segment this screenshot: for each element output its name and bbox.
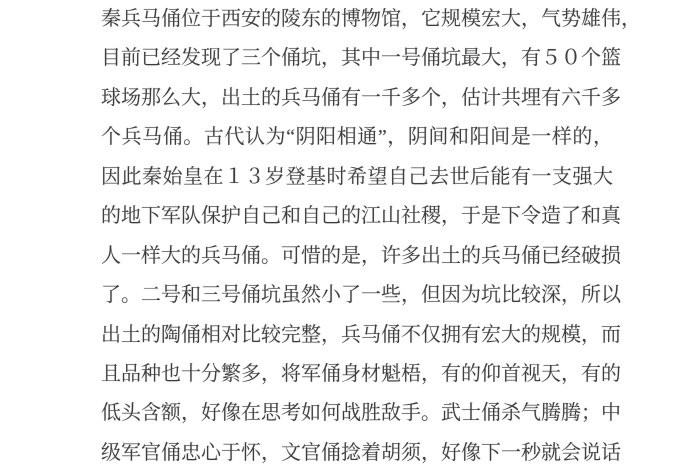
text-line: 级军官俑忠心于怀，文官俑捻着胡须，好像下一秒就会说话 (101, 434, 613, 470)
paragraph-text-block: 秦兵马俑位于西安的陵东的博物馆，它规模宏大，气势雄伟， 目前已经发现了三个俑坑，… (101, 0, 613, 470)
text-line: 了。二号和三号俑坑虽然小了一些，但因为坑比较深，所以 (101, 276, 613, 315)
text-line: 球场那么大，出土的兵马俑有一千多个，估计共埋有六千多 (101, 79, 613, 118)
text-line: 秦兵马俑位于西安的陵东的博物馆，它规模宏大，气势雄伟， (101, 0, 613, 39)
text-line: 出土的陶俑相对比较完整，兵马俑不仅拥有宏大的规模，而 (101, 316, 613, 355)
text-line: 的地下军队保护自己和自己的江山社稷，于是下令造了和真 (101, 197, 613, 236)
text-line: 人一样大的兵马俑。可惜的是，许多出土的兵马俑已经破损 (101, 237, 613, 276)
text-line: 低头含额，好像在思考如何战胜敌手。武士俑杀气腾腾；中 (101, 394, 613, 433)
text-line: 个兵马俑。古代认为“阴阳相通”，阴间和阳间是一样的， (101, 118, 613, 157)
text-line: 因此秦始皇在１３岁登基时希望自己去世后能有一支强大 (101, 158, 613, 197)
text-line: 且品种也十分繁多，将军俑身材魁梧，有的仰首视天，有的 (101, 355, 613, 394)
text-line: 目前已经发现了三个俑坑，其中一号俑坑最大，有５０个篮 (101, 39, 613, 78)
document-page: 秦兵马俑位于西安的陵东的博物馆，它规模宏大，气势雄伟， 目前已经发现了三个俑坑，… (0, 0, 700, 470)
